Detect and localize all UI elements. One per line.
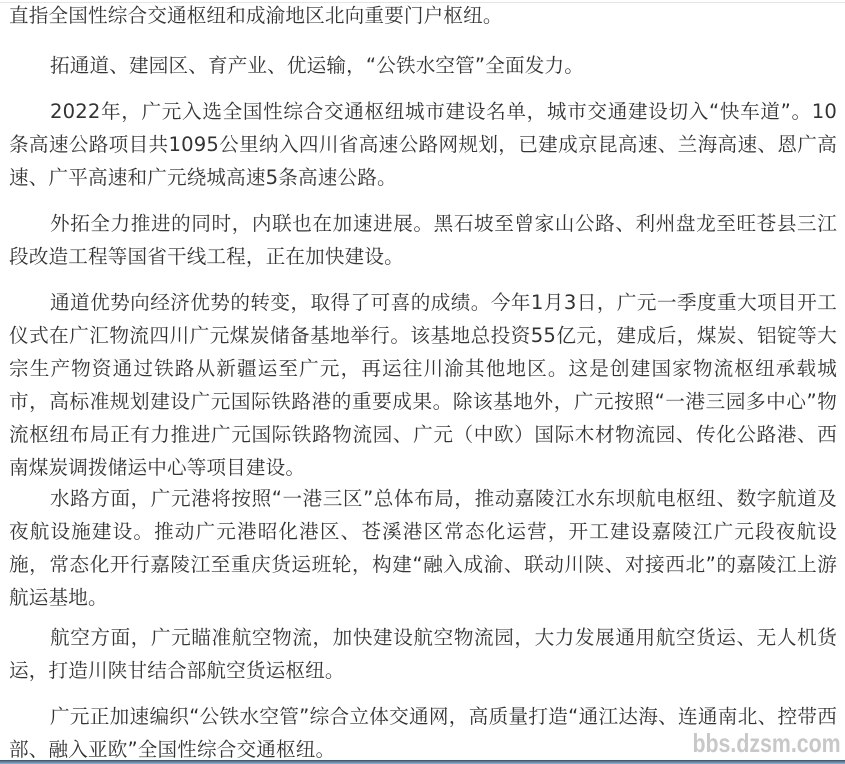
taskbar-strip	[0, 760, 845, 764]
paragraph-waterway: 水路方面，广元港将按照“一港三区”总体布局，推动嘉陵江水东坝航电枢纽、数字航道及…	[9, 482, 837, 614]
paragraph-aviation: 航空方面，广元瞄准航空物流，加快建设航空物流园，大力发展通用航空货运、无人机货运…	[9, 621, 837, 687]
paragraph-gongtie-shuikongguan: 拓通道、建园区、育产业、优运输，“公铁水空管”全面发力。	[9, 49, 837, 82]
paragraph-logistics-hub: 通道优势向经济优势的转变，取得了可喜的成绩。今年1月3日，广元一季度重大项目开工…	[9, 286, 837, 484]
site-watermark: bbs.dzsm.com	[693, 728, 841, 759]
paragraph-internal-links: 外拓全力推进的同时，内联也在加速进展。黑石坡至曾家山公路、利州盘龙至旺苍县三江段…	[9, 207, 837, 273]
paragraph-highways: 2022年，广元入选全国性综合交通枢纽城市建设名单，城市交通建设切入“快车道”。…	[9, 95, 837, 194]
paragraph-intro-tail: 直指全国性综合交通枢纽和成渝地区北向重要门户枢纽。	[9, 0, 837, 32]
